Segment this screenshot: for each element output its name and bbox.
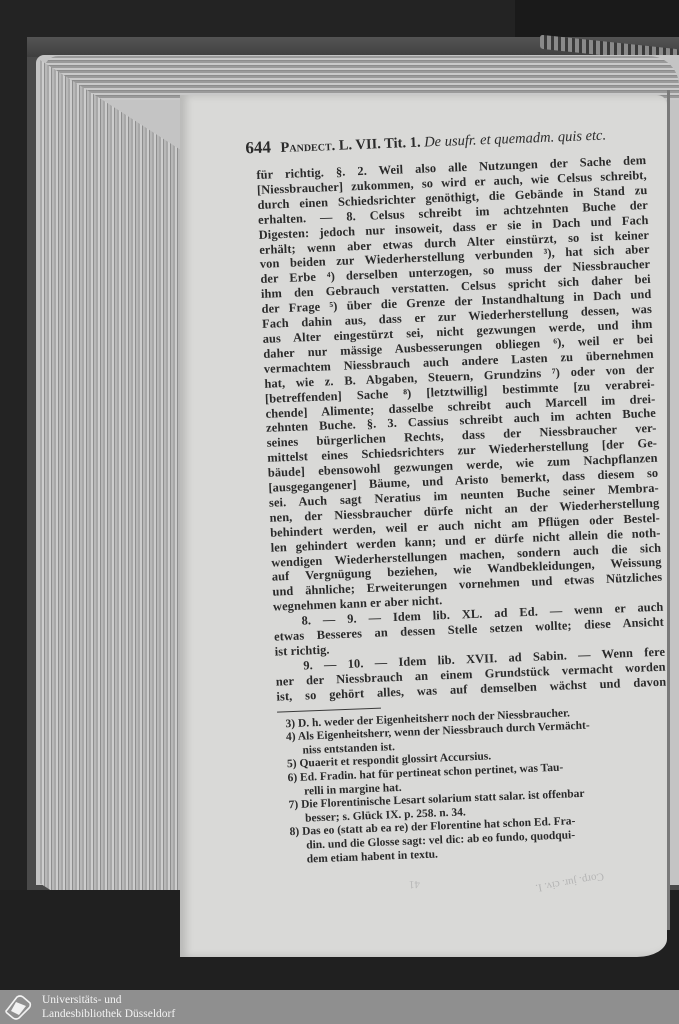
page-number: 644 <box>245 137 271 157</box>
page-top-edges <box>44 56 679 100</box>
head-section: Pandect. <box>280 138 335 156</box>
head-title: De usufr. et quemadm. quis etc. <box>424 128 607 151</box>
head-book: L. VII. Tit. 1. <box>339 135 421 154</box>
page-text: 644 Pandect. L. VII. Tit. 1. De usufr. e… <box>255 123 673 868</box>
institution-name[interactable]: Universitäts- und Landesbibliothek Düsse… <box>42 993 175 1021</box>
book-logo-icon[interactable] <box>4 994 32 1020</box>
main-paragraph: für richtig. §. 2. Weil also alle Nutzun… <box>256 153 663 615</box>
footnote-separator <box>277 707 381 712</box>
footnotes: 3) D. h. weder der Eigenheitsherr noch d… <box>277 703 672 867</box>
page-fore-edges <box>40 60 180 955</box>
institution-line-1: Universitäts- und <box>42 993 175 1007</box>
institution-line-2: Landesbibliothek Düsseldorf <box>42 1007 175 1021</box>
